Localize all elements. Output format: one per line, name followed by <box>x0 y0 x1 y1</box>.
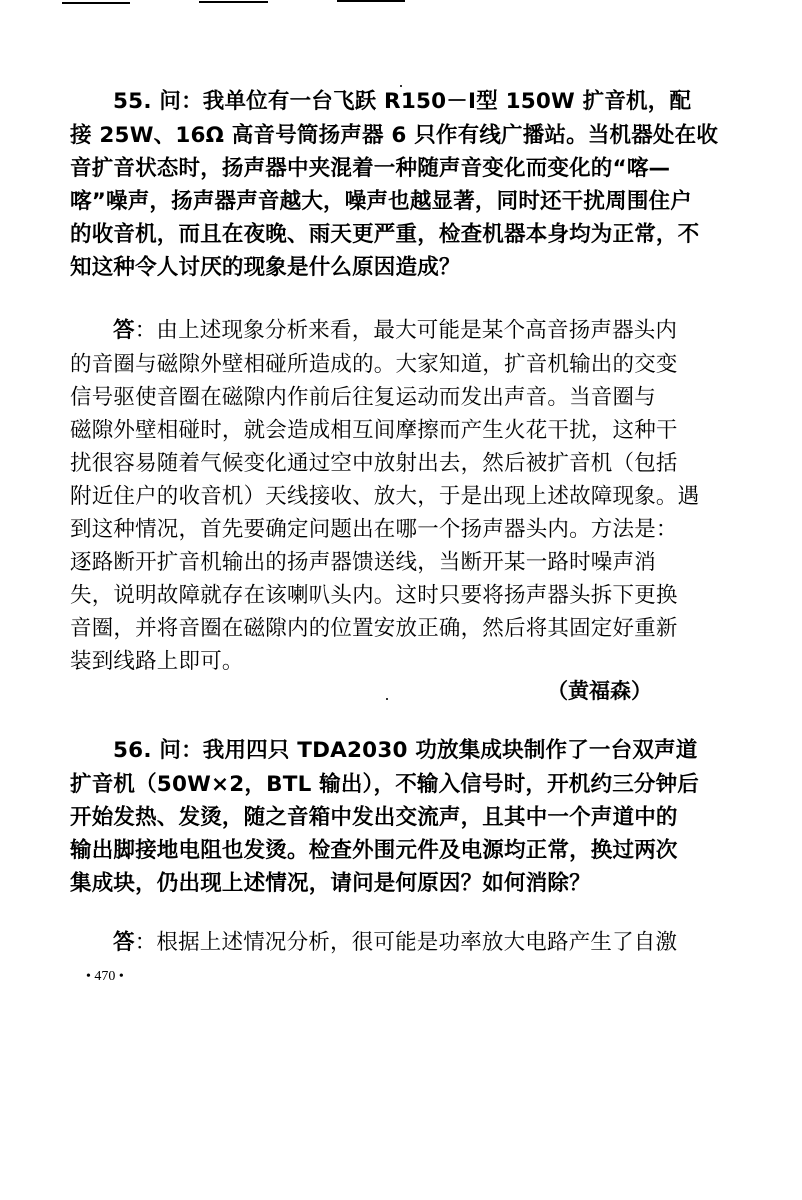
a55-line-8: 逐路断开扩音机输出的扬声器馈送线，当断开某一路时噪声消 <box>70 550 650 576</box>
scan-speck <box>400 85 402 87</box>
a55-line-4: 磁隙外壁相碰时，就会造成相互间摩擦而产生火花干扰，这种干 <box>70 418 650 444</box>
a55-line-10: 音圈，并将音圈在磁隙内的位置安放正确，然后将其固定好重新 <box>70 616 650 642</box>
q56-line-1: 56. 问：我用四只 TDA2030 功放集成块制作了一台双声道 <box>113 738 650 764</box>
q56-line-2: 扩音机（50W×2，BTL 输出），不输入信号时，开机约三分钟后 <box>70 772 650 798</box>
a55-line-1: 答：由上述现象分析来看，最大可能是某个高音扬声器头内 <box>113 318 650 344</box>
q55-line-3: 音扩音状态时，扬声器中夹混着一种随声音变化而变化的“喀— <box>70 156 650 182</box>
q55-line-5: 的收音机，而且在夜晚、雨天更严重，检查机器本身均为正常，不 <box>70 222 650 248</box>
q55-line-6: 知这种令人讨厌的现象是什么原因造成？ <box>70 255 650 281</box>
a55-line-1-text: ：由上述现象分析来看，最大可能是某个高音扬声器头内 <box>135 318 678 343</box>
scan-speck <box>386 698 388 700</box>
a55-line-6: 附近住户的收音机）天线接收、放大，于是出现上述故障现象。遇 <box>70 484 650 510</box>
author-attribution: （黄福森） <box>547 675 652 705</box>
q56-line-3: 开始发热、发烫，随之音箱中发出交流声，且其中一个声道中的 <box>70 805 650 831</box>
q56-line-4: 输出脚接地电阻也发烫。检查外围元件及电源均正常，换过两次 <box>70 838 650 864</box>
q56-line-5: 集成块，仍出现上述情况，请问是何原因？如何消除？ <box>70 871 650 897</box>
a55-line-3: 信号驱使音圈在磁隙内作前后往复运动而发出声音。当音圈与 <box>70 385 650 411</box>
page-number: • 470 • <box>86 969 124 985</box>
a55-line-5: 扰很容易随着气候变化通过空中放射出去，然后被扩音机（包括 <box>70 451 650 477</box>
a55-line-11: 装到线路上即可。 <box>70 649 650 675</box>
header-rule-1 <box>62 2 130 4</box>
a55-line-2: 的音圈与磁隙外壁相碰所造成的。大家知道，扩音机输出的交变 <box>70 352 650 378</box>
a55-line-7: 到这种情况，首先要确定问题出在哪一个扬声器头内。方法是： <box>70 517 650 543</box>
answer-lead: 答 <box>113 318 135 343</box>
q55-line-4: 喀”噪声，扬声器声音越大，噪声也越显著，同时还干扰周围住户 <box>70 189 650 215</box>
q55-line-1: 55. 问：我单位有一台飞跃 R150－Ⅰ型 150W 扩音机，配 <box>113 89 650 115</box>
header-rule-3 <box>337 0 405 2</box>
q55-line-2: 接 25W、16Ω 高音号筒扬声器 6 只作有线广播站。当机器处在收 <box>70 123 650 149</box>
answer-lead: 答 <box>113 930 135 955</box>
a55-line-9: 失，说明故障就存在该喇叭头内。这时只要将扬声器头拆下更换 <box>70 583 650 609</box>
header-rule-2 <box>199 1 268 3</box>
a56-line-1: 答：根据上述情况分析，很可能是功率放大电路产生了自激 <box>113 930 650 956</box>
a56-line-1-text: ：根据上述情况分析，很可能是功率放大电路产生了自激 <box>135 930 678 955</box>
